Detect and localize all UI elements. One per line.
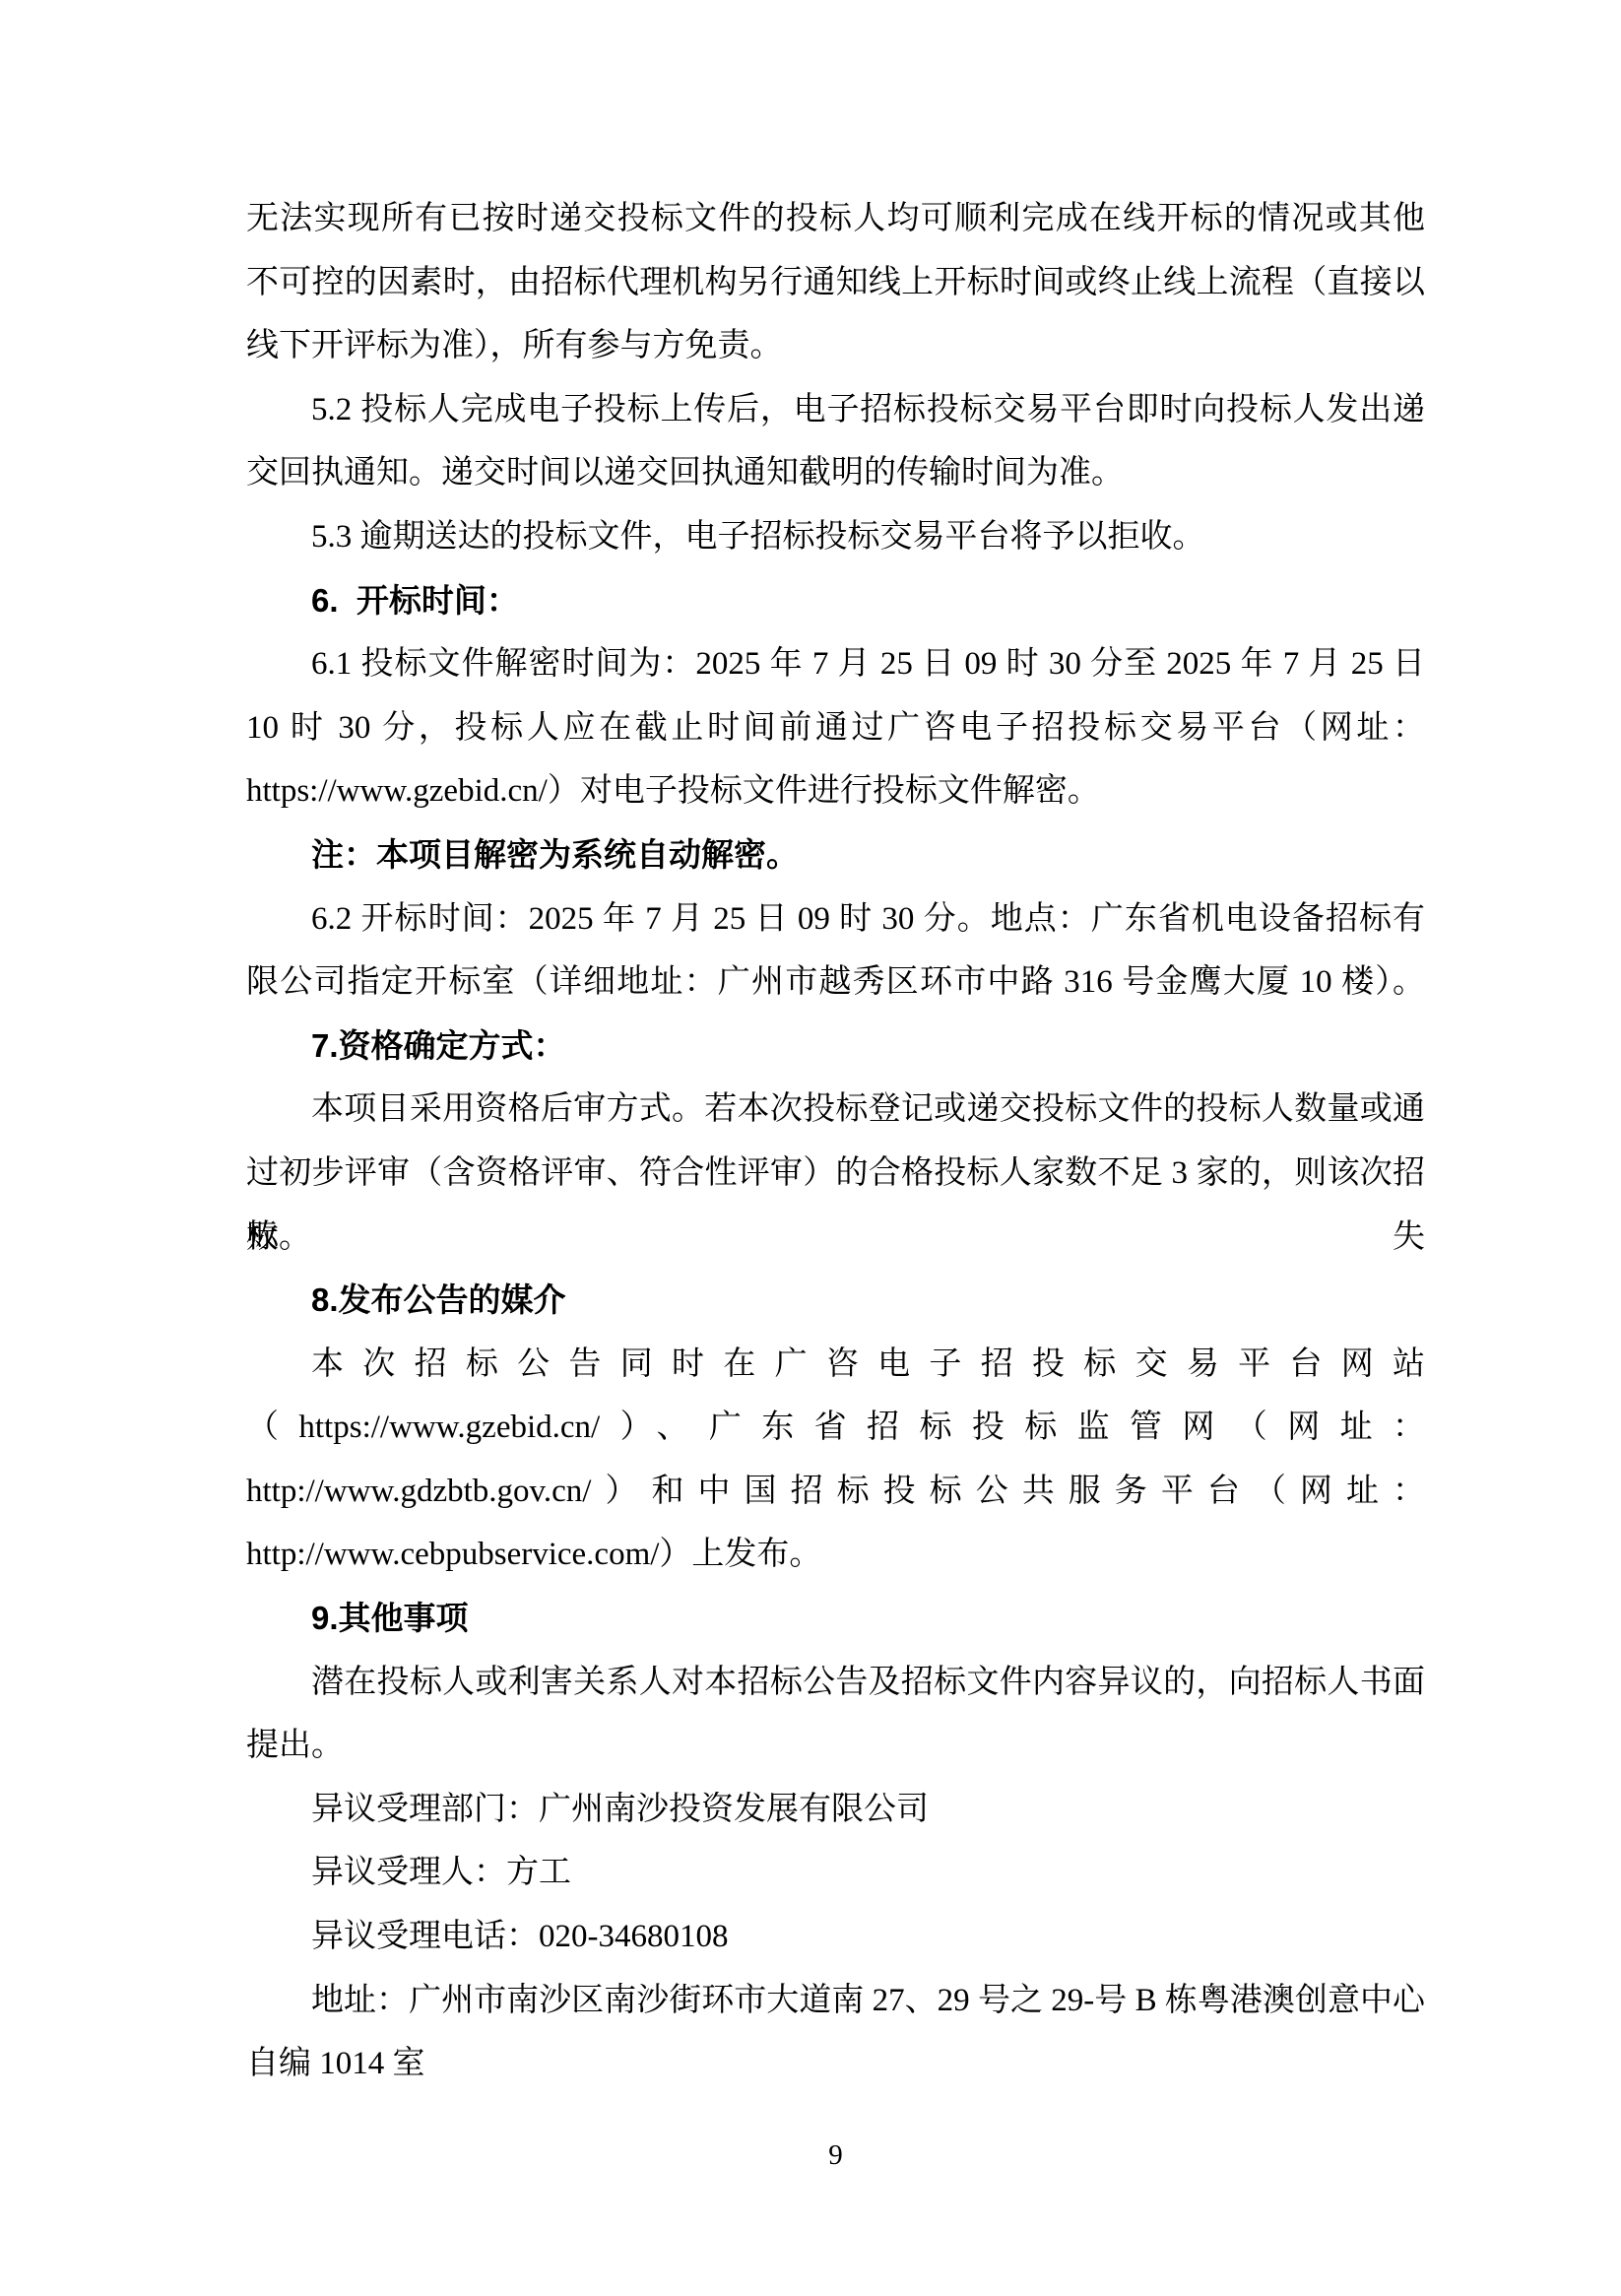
section-heading: 7.资格确定方式： [246,1015,1425,1079]
text-line: 线下开评标为准），所有参与方免责。 [246,314,1425,378]
text-line: 10 时 30 分，投标人应在截止时间前通过广咨电子招投标交易平台（网址： [246,696,1425,760]
text-line: 6.1 投标文件解密时间为：2025 年 7 月 25 日 09 时 30 分至… [246,632,1425,696]
text-line: 异议受理电话：020-34680108 [246,1905,1425,1969]
text-line: 潜在投标人或利害关系人对本招标公告及招标文件内容异议的，向招标人书面 [246,1651,1425,1715]
text-line: 无法实现所有已按时递交投标文件的投标人均可顺利完成在线开标的情况或其他 [246,187,1425,251]
text-line: 提出。 [246,1714,1425,1778]
text-line: 交回执通知。递交时间以递交回执通知截明的传输时间为准。 [246,441,1425,505]
text-line: 限公司指定开标室（详细地址：广州市越秀区环市中路 316 号金鹰大厦 10 楼）… [246,951,1425,1015]
text-line: 异议受理部门：广州南沙投资发展有限公司 [246,1778,1425,1842]
section-heading: 6. 开标时间： [246,569,1425,633]
document-content: 无法实现所有已按时递交投标文件的投标人均可顺利完成在线开标的情况或其他不可控的因… [246,187,1425,2096]
section-heading: 9.其他事项 [246,1587,1425,1651]
text-line: 本次招标公告同时在广咨电子招投标交易平台网站 [246,1333,1425,1397]
page-number: 9 [246,2126,1425,2185]
text-line: http://www.cebpubservice.com/）上发布。 [246,1523,1425,1587]
text-line: http://www.gdzbtb.gov.cn/）和中国招标投标公共服务平台（… [246,1460,1425,1524]
text-line: 过初步评审（含资格评审、符合性评审）的合格投标人家数不足 3 家的，则该次招标失 [246,1142,1425,1206]
text-line: 6.2 开标时间：2025 年 7 月 25 日 09 时 30 分。地点：广东… [246,887,1425,951]
text-line: 不可控的因素时，由招标代理机构另行通知线上开标时间或终止线上流程（直接以 [246,251,1425,315]
text-line: 5.3 逾期送达的投标文件，电子招标投标交易平台将予以拒收。 [246,505,1425,569]
text-line: 5.2 投标人完成电子投标上传后，电子招标投标交易平台即时向投标人发出递 [246,378,1425,442]
text-line: 自编 1014 室 [246,2032,1425,2096]
text-line: 异议受理人：方工 [246,1841,1425,1905]
text-line: https://www.gzebid.cn/）对电子投标文件进行投标文件解密。 [246,759,1425,823]
section-heading: 注：本项目解密为系统自动解密。 [246,823,1425,887]
text-line: 地址：广州市南沙区南沙街环市大道南 27、29 号之 29-号 B 栋粤港澳创意… [246,1969,1425,2033]
section-heading: 8.发布公告的媒介 [246,1269,1425,1333]
text-line: 本项目采用资格后审方式。若本次投标登记或递交投标文件的投标人数量或通 [246,1078,1425,1142]
document-page: 无法实现所有已按时递交投标文件的投标人均可顺利完成在线开标的情况或其他不可控的因… [0,0,1621,2296]
text-line: （https://www.gzebid.cn/）、广东省招标投标监管网（网址： [246,1396,1425,1460]
